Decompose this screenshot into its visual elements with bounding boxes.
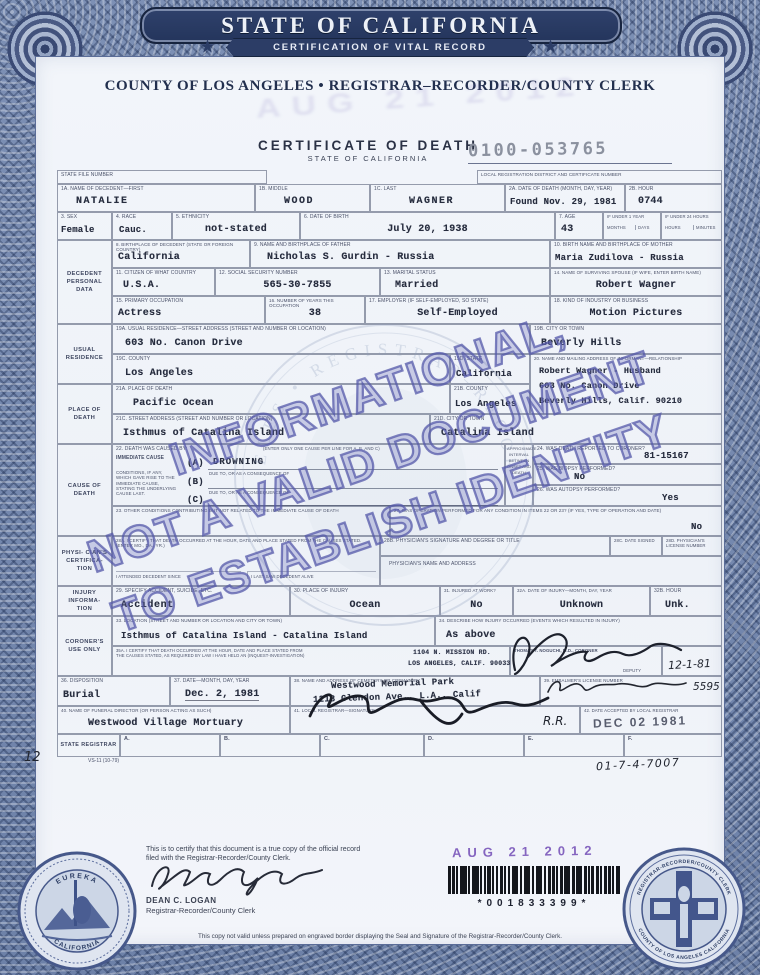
field-6-date-of-birth: 6. DATE OF BIRTHJuly 20, 1938 <box>300 212 555 240</box>
field-1c-last-name: 1C. LASTWAGNER <box>370 184 505 212</box>
field-36-disposition: 36. DISPOSITIONBurial <box>57 676 170 706</box>
state-of-california-seal: EUREKA CALIFORNIA <box>14 850 140 972</box>
sidebar-usual-residence: USUAL RESIDENCE <box>57 324 112 384</box>
sidebar-state-registrar: STATE REGISTRAR <box>57 734 120 757</box>
field-3-sex: 3. SEXFemale <box>57 212 112 240</box>
field-2b-hour: 2B. HOUR0744 <box>625 184 722 212</box>
local-registrar-signature <box>300 686 555 728</box>
dean-logan-signature <box>146 858 331 898</box>
registrar-col-f: F. <box>624 734 722 757</box>
vital-record-ribbon: CERTIFICATION OF VITAL RECORD <box>226 38 534 57</box>
sidebar-injury-information: INJURY INFORMA- TION <box>57 586 112 616</box>
field-4-race: 4. RACECauc. <box>112 212 172 240</box>
fine-print: This copy not valid unless prepared on e… <box>130 933 630 940</box>
issue-date-stamp: AUG 21 2012 <box>452 843 598 861</box>
sidebar-decedent-personal-data: DECEDENT PERSONAL DATA <box>57 240 112 324</box>
field-7-age: 7. AGE43 <box>555 212 603 240</box>
field-25-biopsy: 25. WAS BIOPSY PERFORMED?No <box>533 464 722 485</box>
page-number-handwritten: 12 <box>24 750 41 765</box>
field-14-spouse: 14. NAME OF SURVIVING SPOUSE (IF WIFE, E… <box>550 268 722 296</box>
field-26-autopsy: 26. WAS AUTOPSY PERFORMED?Yes <box>533 485 722 506</box>
registrar-recorder-seal: REGISTRAR-RECORDER/COUNTY CLERK COUNTY O… <box>618 846 750 972</box>
registrar-col-d: D. <box>424 734 524 757</box>
field-10-mother: 10. BIRTH NAME AND BIRTHPLACE OF MOTHERM… <box>550 240 722 268</box>
sidebar-place-of-death: PLACE OF DEATH <box>57 384 112 444</box>
field-32b-hour: 32B. HOURUnk. <box>650 586 722 616</box>
field-13-marital-status: 13. MARITAL STATUSMarried <box>380 268 550 296</box>
field-24-reported-to-coroner: 24. WAS DEATH REPORTED TO CORONER?81-151… <box>533 444 722 464</box>
barcode <box>448 866 620 894</box>
field-local-registration: LOCAL REGISTRATION DISTRICT AND CERTIFIC… <box>477 170 722 184</box>
local-registrar-date-stamp: DEC 02 1981 <box>593 713 687 730</box>
field-under-24-hours: IF UNDER 24 HOURSHOURSMINUTES <box>661 212 722 240</box>
field-9-father: 9. NAME AND BIRTHPLACE OF FATHERNicholas… <box>250 240 550 268</box>
form-code: VS-11 (10-79) <box>88 758 119 764</box>
certificate-number: 0100-053765 <box>468 139 608 161</box>
death-certificate-scan: STATE OF CALIFORNIA CERTIFICATION OF VIT… <box>0 0 760 975</box>
field-under-1-year: IF UNDER 1 YEARMONTHSDAYS <box>603 212 661 240</box>
field-12-ssn: 12. SOCIAL SECURITY NUMBER565-30-7855 <box>215 268 380 296</box>
registrar-col-a: A. <box>120 734 220 757</box>
barcode-number: *001833399* <box>448 898 620 909</box>
sidebar-cause-of-death: CAUSE OF DEATH <box>57 444 112 536</box>
field-8-birthplace: 8. BIRTHPLACE OF DECEDENT (STATE OR FORE… <box>112 240 250 268</box>
sidebar-physician-certification: PHYSI- CIAN'S CERTIFICA- TION <box>57 536 112 586</box>
field-28d-license-number: 28D. PHYSICIAN'S LICENSE NUMBER <box>662 536 722 556</box>
field-40-funeral-director: 40. NAME OF FUNERAL DIRECTOR (OR PERSON … <box>57 706 290 734</box>
certify-text-line1: This is to certify that this document is… <box>146 846 360 853</box>
field-18-industry: 18. KIND OF INDUSTRY OR BUSINESSMotion P… <box>550 296 722 324</box>
field-2a-date-of-death: 2A. DATE OF DEATH (MONTH, DAY, YEAR)Foun… <box>505 184 625 212</box>
county-seal-watermark: COUNTY OF LOS ANGELES • REGISTRAR–RECORD… <box>228 318 543 633</box>
state-banner-title: STATE OF CALIFORNIA <box>221 13 541 39</box>
field-state-file-number: STATE FILE NUMBER <box>57 170 267 184</box>
field-1a-first-name: 1A. NAME OF DECEDENT—FIRSTNATALIE <box>57 184 255 212</box>
field-42-date-accepted: 42. DATE ACCEPTED BY LOCAL REGISTRAR DEC… <box>580 706 722 734</box>
sidebar-coroners-use-only: CORONER'S USE ONLY <box>57 616 112 676</box>
signer-title: Registrar-Recorder/County Clerk <box>146 906 255 915</box>
embalmer-signature <box>542 674 692 700</box>
field-28c-date-signed: 28C. DATE SIGNED <box>610 536 662 556</box>
registrar-col-e: E. <box>524 734 624 757</box>
field-37-date: 37. DATE—MONTH, DAY, YEARDec. 2, 1981 <box>170 676 290 706</box>
field-19b-city: 19B. CITY OR TOWNBeverly Hills <box>530 324 722 354</box>
field-35a-coroner-certify: 35A. I CERTIFY THAT DEATH OCCURRED AT TH… <box>112 646 510 676</box>
registrar-col-c: C. <box>320 734 424 757</box>
embalmer-license-handwritten: 5595 <box>693 681 720 693</box>
field-11-citizen: 11. CITIZEN OF WHAT COUNTRYU.S.A. <box>112 268 215 296</box>
registrar-col-b: B. <box>220 734 320 757</box>
field-20-informant: 20. NAME AND MAILING ADDRESS OF INFORMAN… <box>530 354 722 414</box>
coroner-deputy-signature <box>505 628 690 676</box>
certificate-number-underline <box>468 163 672 164</box>
field-5-ethnicity: 5. ETHNICITYnot-stated <box>172 212 300 240</box>
vital-record-ribbon-text: CERTIFICATION OF VITAL RECORD <box>273 42 487 53</box>
field-1b-middle-name: 1B. MIDDLEWOOD <box>255 184 370 212</box>
